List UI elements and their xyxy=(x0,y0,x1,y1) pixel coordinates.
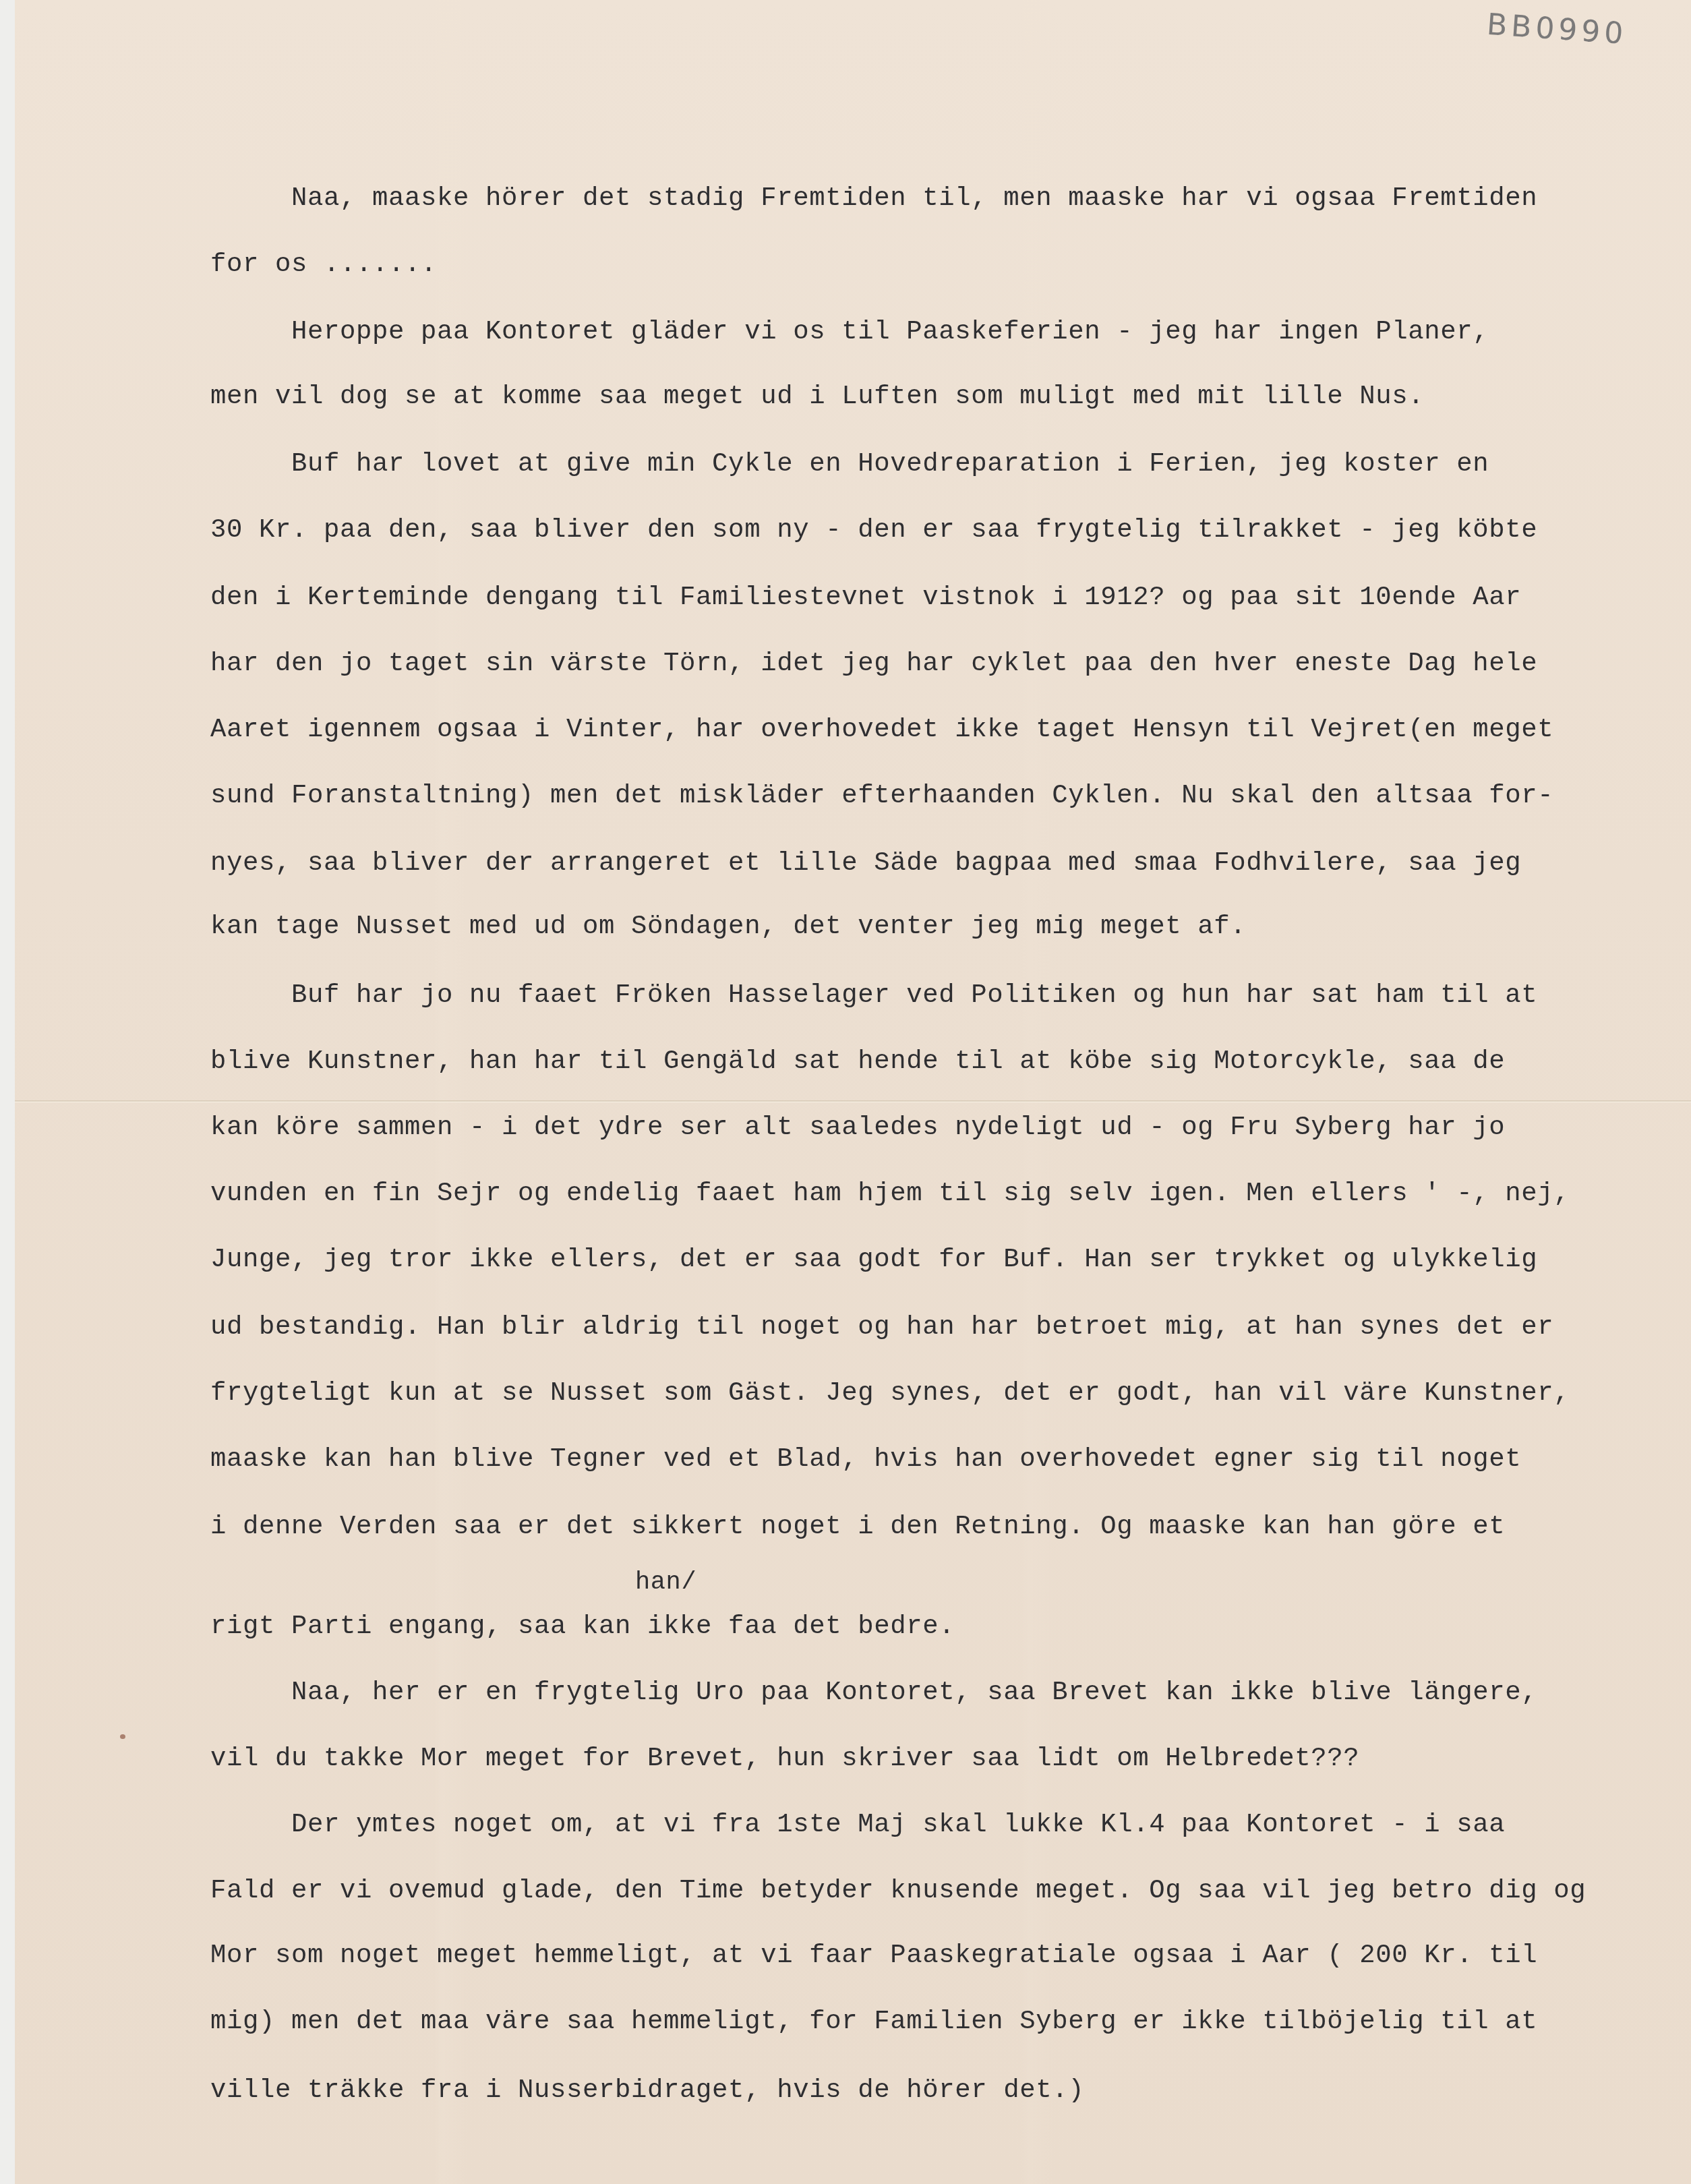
letter-line: sund Foranstaltning) men det miskläder e… xyxy=(210,779,1553,812)
letter-line: 30 Kr. paa den, saa bliver den som ny - … xyxy=(210,514,1537,546)
letter-line: Aaret igennem ogsaa i Vinter, har overho… xyxy=(210,713,1553,746)
letter-line: rigt Parti engang, saa kan ikke faa det … xyxy=(210,1610,955,1643)
letter-line: Naa, maaske hörer det stadig Fremtiden t… xyxy=(210,182,1537,214)
letter-line: Heroppe paa Kontoret gläder vi os til Pa… xyxy=(210,316,1489,348)
letter-line: Junge, jeg tror ikke ellers, det er saa … xyxy=(210,1243,1537,1276)
letter-line: vunden en fin Sejr og endelig faaet ham … xyxy=(210,1177,1570,1210)
letter-line: i denne Verden saa er det sikkert noget … xyxy=(210,1510,1505,1543)
letter-line: for os ....... xyxy=(210,248,437,281)
letter-line: Buf har jo nu faaet Fröken Hasselager ve… xyxy=(210,979,1537,1011)
letter-line: Buf har lovet at give min Cykle en Hoved… xyxy=(210,448,1489,480)
letter-line: blive Kunstner, han har til Gengäld sat … xyxy=(210,1045,1505,1078)
letter-line: frygteligt kun at se Nusset som Gäst. Je… xyxy=(210,1377,1570,1409)
paper-stain xyxy=(120,1734,125,1739)
letter-line: Der ymtes noget om, at vi fra 1ste Maj s… xyxy=(210,1808,1505,1841)
letter-line: vil du takke Mor meget for Brevet, hun s… xyxy=(210,1742,1359,1775)
letter-line: har den jo taget sin värste Törn, idet j… xyxy=(210,647,1537,680)
letter-line: den i Kerteminde dengang til Familiestev… xyxy=(210,581,1521,614)
typed-insertion-note: han/ xyxy=(635,1568,696,1597)
letter-line: mig) men det maa väre saa hemmeligt, for… xyxy=(210,2005,1537,2038)
letter-line: men vil dog se at komme saa meget ud i L… xyxy=(210,380,1424,413)
letter-line: maaske kan han blive Tegner ved et Blad,… xyxy=(210,1443,1521,1475)
letter-line: ud bestandig. Han blir aldrig til noget … xyxy=(210,1311,1553,1343)
letter-line: ville träkke fra i Nusserbidraget, hvis … xyxy=(210,2074,1084,2106)
paper-fold-line xyxy=(15,1100,1691,1102)
letter-line: kan tage Nusset med ud om Söndagen, det … xyxy=(210,910,1246,943)
letter-line: Naa, her er en frygtelig Uro paa Kontore… xyxy=(210,1676,1537,1709)
letter-line: Fald er vi ovemud glade, den Time betyde… xyxy=(210,1875,1586,1907)
letter-line: nyes, saa bliver der arrangeret et lille… xyxy=(210,847,1521,879)
letter-line: kan köre sammen - i det ydre ser alt saa… xyxy=(210,1111,1505,1144)
scanner-edge-strip xyxy=(0,0,15,2184)
letter-line: Mor som noget meget hemmeligt, at vi faa… xyxy=(210,1939,1537,1972)
